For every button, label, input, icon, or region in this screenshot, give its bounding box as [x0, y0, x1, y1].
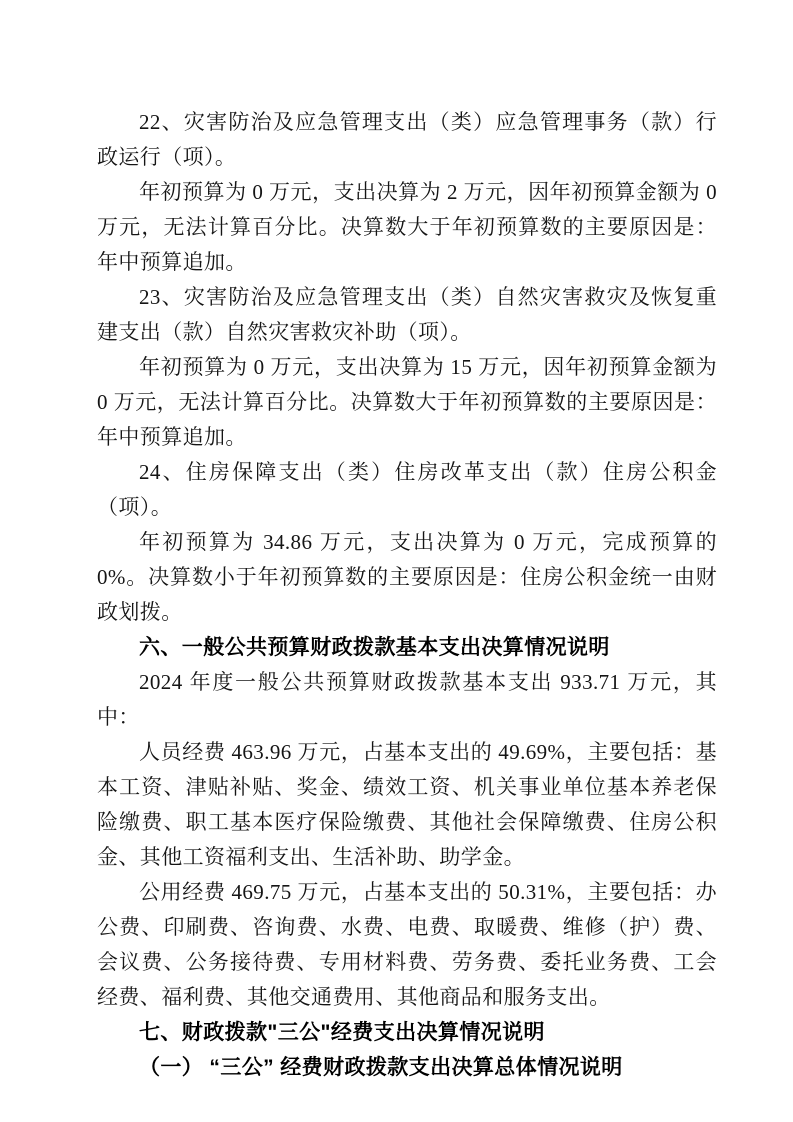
- paragraph-item-22: 22、灾害防治及应急管理支出（类）应急管理事务（款）行政运行（项）。: [97, 105, 717, 175]
- paragraph-item-22-detail: 年初预算为 0 万元，支出决算为 2 万元，因年初预算金额为 0 万元，无法计算…: [97, 175, 717, 280]
- paragraph-public-funds: 公用经费 469.75 万元，占基本支出的 50.31%，主要包括：办公费、印刷…: [97, 875, 717, 1015]
- document-page: 22、灾害防治及应急管理支出（类）应急管理事务（款）行政运行（项）。 年初预算为…: [0, 0, 793, 1122]
- paragraph-item-23-detail: 年初预算为 0 万元，支出决算为 15 万元，因年初预算金额为 0 万元，无法计…: [97, 350, 717, 455]
- paragraph-item-24-detail: 年初预算为 34.86 万元，支出决算为 0 万元，完成预算的 0%。决算数小于…: [97, 525, 717, 630]
- paragraph-item-24: 24、住房保障支出（类）住房改革支出（款）住房公积金（项）。: [97, 455, 717, 525]
- section-heading-three-public-funds: 七、财政拨款"三公"经费支出决算情况说明: [97, 1015, 717, 1050]
- subsection-heading-three-public-overall: （一） “三公” 经费财政拨款支出决算总体情况说明: [97, 1050, 717, 1085]
- paragraph-item-23: 23、灾害防治及应急管理支出（类）自然灾害救灾及恢复重建支出（款）自然灾害救灾补…: [97, 280, 717, 350]
- section-heading-basic-expenditure: 六、一般公共预算财政拨款基本支出决算情况说明: [97, 630, 717, 665]
- paragraph-basic-expenditure-total: 2024 年度一般公共预算财政拨款基本支出 933.71 万元，其中：: [97, 665, 717, 735]
- paragraph-personnel-funds: 人员经费 463.96 万元，占基本支出的 49.69%，主要包括：基本工资、津…: [97, 735, 717, 875]
- document-body: 22、灾害防治及应急管理支出（类）应急管理事务（款）行政运行（项）。 年初预算为…: [97, 105, 717, 1085]
